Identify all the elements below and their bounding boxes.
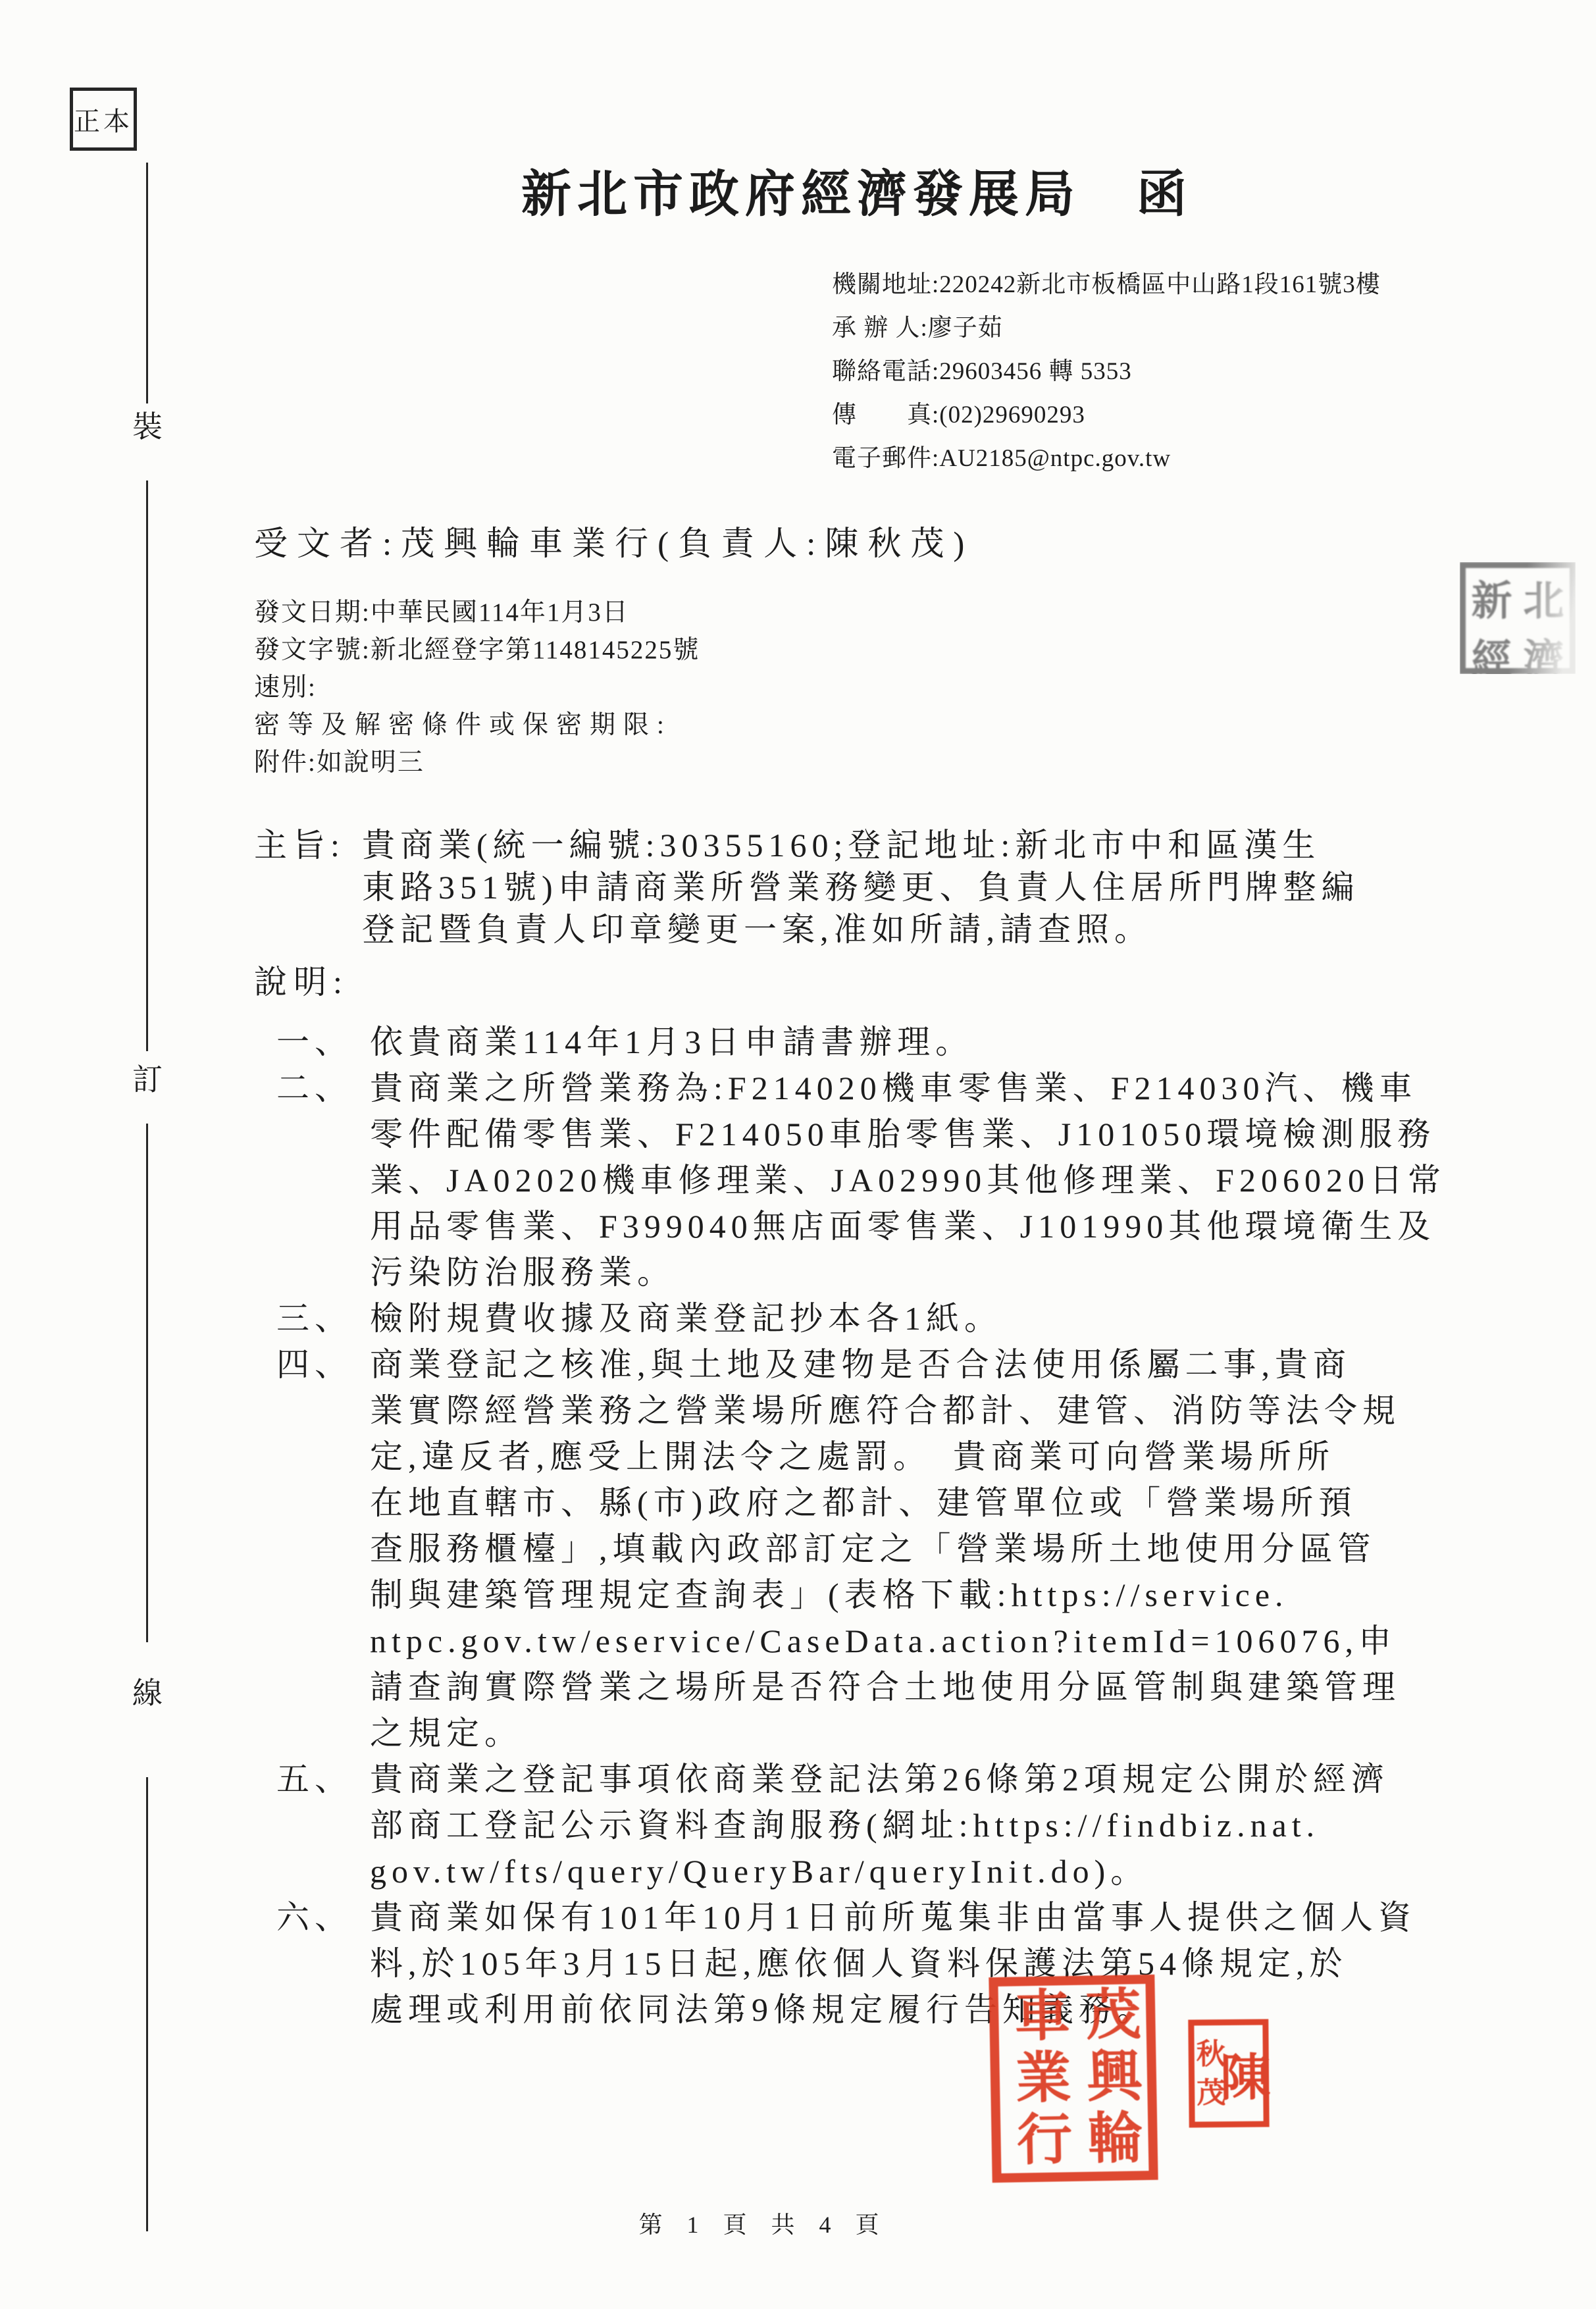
- item-number: 五、: [276, 1756, 370, 1894]
- explanation-item-6: 六、 貴商業如保有101年10月1日前所蒐集非由當事人提供之個人資 料,於105…: [276, 1894, 1446, 2033]
- item-text: 商業登記之核准,與土地及建物是否合法使用係屬二事,貴商 業實際經營業務之營業場所…: [370, 1341, 1401, 1756]
- document-page: 正本 裝 訂 線 新北市政府經濟發展局 函 機關地址:220242新北市板橋區中…: [0, 0, 1596, 2309]
- subject-text: 貴商業(統一編號:30355160;登記地址:新北市中和區漢生 東路351號)申…: [362, 824, 1360, 950]
- subject-label: 主旨:: [254, 824, 362, 950]
- company-seal-text: 茂興輪 車業行: [1001, 1985, 1146, 2173]
- recipient-line: 受文者:茂興輪車業行(負責人:陳秋茂): [254, 516, 973, 565]
- item-number: 三、: [276, 1295, 370, 1341]
- subject-block: 主旨: 貴商業(統一編號:30355160;登記地址:新北市中和區漢生 東路35…: [254, 824, 1360, 950]
- fax-line: 傳 真:(02)29690293: [832, 394, 1381, 437]
- explanation-label: 說明:: [254, 956, 349, 1003]
- item-number: 一、: [276, 1019, 370, 1065]
- explanation-item-2: 二、 貴商業之所營業務為:F214020機車零售業、F214030汽、機車 零件…: [276, 1065, 1446, 1295]
- company-seal-stamp: 茂興輪 車業行: [989, 1975, 1158, 2183]
- agency-partial-stamp: 新 北 經 濟: [1460, 562, 1576, 674]
- agency-contact-block: 機關地址:220242新北市板橋區中山路1段161號3樓 承 辦 人:廖子茹 聯…: [832, 263, 1381, 480]
- explanation-item-1: 一、 依貴商業114年1月3日申請書辦理。: [276, 1019, 1446, 1065]
- meta-block: 發文日期:中華民國114年1月3日 發文字號:新北經登字第1148145225號…: [254, 594, 700, 781]
- explanation-list: 一、 依貴商業114年1月3日申請書辦理。 二、 貴商業之所營業務為:F2140…: [276, 1019, 1446, 2033]
- personal-seal-surname: 陳: [1227, 2025, 1263, 2121]
- binding-mark-xian: 線: [128, 1669, 167, 1713]
- binding-rail-segment: [146, 163, 148, 403]
- binding-rail-segment: [146, 1777, 148, 2231]
- email-line: 電子郵件:AU2185@ntpc.gov.tw: [832, 437, 1381, 480]
- item-text: 依貴商業114年1月3日申請書辦理。: [370, 1019, 973, 1065]
- item-number: 二、: [276, 1065, 370, 1295]
- binding-mark-ding: 訂: [128, 1056, 167, 1099]
- binding-rail-segment: [146, 480, 148, 1051]
- item-text: 貴商業之登記事項依商業登記法第26條第2項規定公開於經濟 部商工登記公示資料查詢…: [370, 1756, 1389, 1894]
- item-number: 四、: [276, 1341, 370, 1756]
- contact-phone-line: 聯絡電話:29603456 轉 5353: [832, 350, 1381, 394]
- doc-number-line: 發文字號:新北經登字第1148145225號: [254, 631, 700, 669]
- agency-stamp-char: 經: [1466, 627, 1518, 685]
- explanation-item-3: 三、 檢附規費收據及商業登記抄本各1紙。: [276, 1295, 1446, 1341]
- agency-address-line: 機關地址:220242新北市板橋區中山路1段161號3樓: [832, 263, 1381, 307]
- issue-date-line: 發文日期:中華民國114年1月3日: [254, 594, 700, 631]
- speed-class-line: 速別:: [254, 669, 700, 706]
- binding-rail-segment: [146, 1124, 148, 1642]
- personal-seal-stamp: 陳 秋 茂: [1188, 2019, 1269, 2127]
- scanned-official-letter-page: { "document": { "copy_type": "正本", "titl…: [0, 0, 1596, 2309]
- attachment-line: 附件:如說明三: [254, 744, 700, 781]
- copy-type-label: 正本: [74, 101, 133, 138]
- item-text: 貴商業如保有101年10月1日前所蒐集非由當事人提供之個人資 料,於105年3月…: [370, 1894, 1416, 2033]
- copy-type-box: 正本: [70, 88, 137, 151]
- page-number-footer: 第 1 頁 共 4 頁: [638, 2206, 888, 2240]
- document-title: 新北市政府經濟發展局 函: [521, 154, 1193, 226]
- explanation-item-4: 四、 商業登記之核准,與土地及建物是否合法使用係屬二事,貴商 業實際經營業務之營…: [276, 1341, 1446, 1756]
- agency-stamp-char: 濟: [1518, 627, 1570, 685]
- binding-mark-zhuang: 裝: [128, 403, 167, 446]
- item-number: 六、: [276, 1894, 370, 2033]
- agency-stamp-char: 北: [1518, 568, 1570, 627]
- explanation-item-5: 五、 貴商業之登記事項依商業登記法第26條第2項規定公開於經濟 部商工登記公示資…: [276, 1756, 1446, 1894]
- agency-stamp-char: 新: [1466, 568, 1518, 627]
- item-text: 貴商業之所營業務為:F214020機車零售業、F214030汽、機車 零件配備零…: [370, 1065, 1446, 1295]
- security-class-line: 密等及解密條件或保密期限:: [254, 706, 700, 744]
- contact-person-line: 承 辦 人:廖子茹: [832, 307, 1381, 350]
- item-text: 檢附規費收據及商業登記抄本各1紙。: [370, 1295, 1002, 1341]
